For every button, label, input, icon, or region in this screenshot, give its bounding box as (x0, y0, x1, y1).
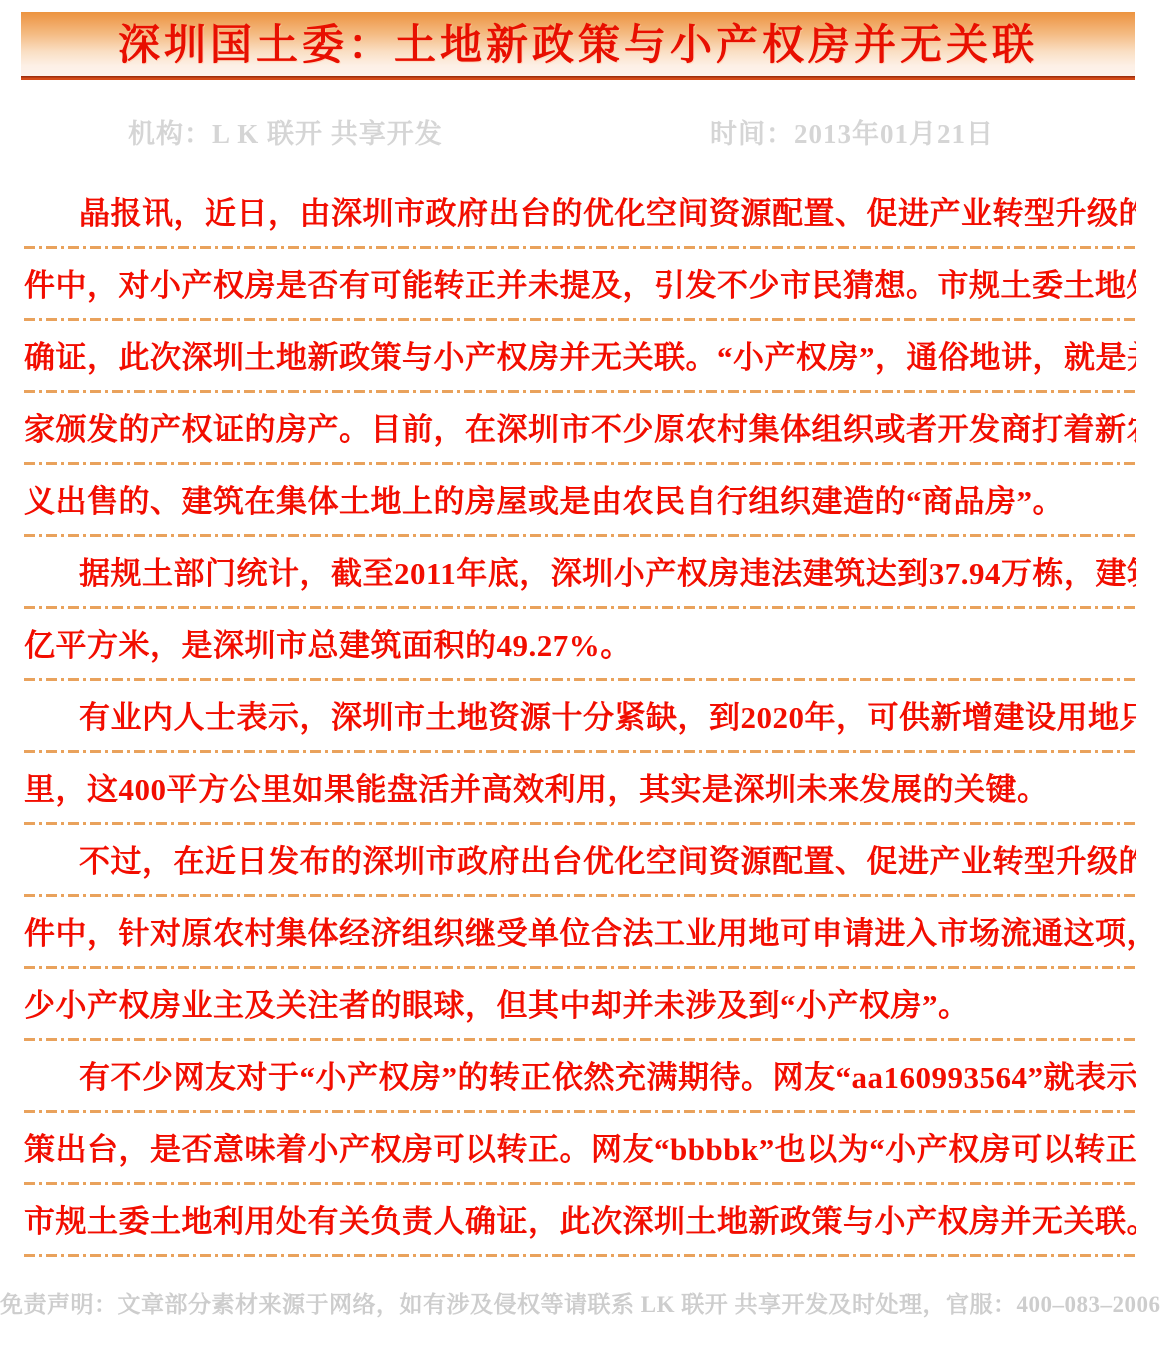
title-banner: 深圳国土委：土地新政策与小产权房并无关联 (21, 12, 1135, 76)
dashed-separator (24, 246, 1136, 249)
body-row: 据规土部门统计，截至2011年底，深圳小产权房违法建筑达到37.94万栋，建筑面… (24, 546, 1136, 618)
body-line: 件中，针对原农村集体经济组织继受单位合法工业用地可申请进入市场流通这项，则吸引了… (24, 906, 1136, 952)
dashed-separator (24, 1254, 1136, 1257)
article-body: 晶报讯，近日，由深圳市政府出台的优化空间资源配置、促进产业转型升级的“1+6”文… (24, 186, 1136, 1266)
body-line: 不过，在近日发布的深圳市政府出台优化空间资源配置、促进产业转型升级的“1+6”文 (24, 834, 1136, 880)
dashed-separator (24, 750, 1136, 753)
body-row: 晶报讯，近日，由深圳市政府出台的优化空间资源配置、促进产业转型升级的“1+6”文 (24, 186, 1136, 258)
dashed-separator (24, 1110, 1136, 1113)
body-row: 件中，针对原农村集体经济组织继受单位合法工业用地可申请进入市场流通这项，则吸引了… (24, 906, 1136, 978)
body-line: 件中，对小产权房是否有可能转正并未提及，引发不少市民猜想。市规土委土地处有关负责… (24, 258, 1136, 304)
body-line: 确证，此次深圳土地新政策与小产权房并无关联。“小产权房”，通俗地讲，就是并不拥有… (24, 330, 1136, 376)
body-row: 策出台，是否意味着小产权房可以转正。网友“bbbbk”也以为“小产权房可以转正了… (24, 1122, 1136, 1194)
page-title: 深圳国土委：土地新政策与小产权房并无关联 (21, 12, 1135, 76)
dashed-separator (24, 966, 1136, 969)
dashed-separator (24, 606, 1136, 609)
dashed-separator (24, 678, 1136, 681)
body-row: 件中，对小产权房是否有可能转正并未提及，引发不少市民猜想。市规土委土地处有关负责… (24, 258, 1136, 330)
dashed-separator (24, 1038, 1136, 1041)
body-line: 家颁发的产权证的房产。目前，在深圳市不少原农村集体组织或者开发商打着新农村建设等… (24, 402, 1136, 448)
dashed-separator (24, 318, 1136, 321)
body-line: 策出台，是否意味着小产权房可以转正。网友“bbbbk”也以为“小产权房可以转正了… (24, 1122, 1136, 1168)
dashed-separator (24, 1182, 1136, 1185)
body-row: 市规土委土地利用处有关负责人确证，此次深圳土地新政策与小产权房并无关联。 (24, 1194, 1136, 1266)
dashed-separator (24, 822, 1136, 825)
body-line: 少小产权房业主及关注者的眼球，但其中却并未涉及到“小产权房”。 (24, 978, 1136, 1024)
body-row: 有业内人士表示，深圳市土地资源十分紧缺，到2020年，可供新增建设用地只有59平… (24, 690, 1136, 762)
body-line: 亿平方米，是深圳市总建筑面积的49.27%。 (24, 618, 1136, 664)
body-row: 亿平方米，是深圳市总建筑面积的49.27%。 (24, 618, 1136, 690)
body-line: 晶报讯，近日，由深圳市政府出台的优化空间资源配置、促进产业转型升级的“1+6”文 (24, 186, 1136, 232)
body-row: 不过，在近日发布的深圳市政府出台优化空间资源配置、促进产业转型升级的“1+6”文 (24, 834, 1136, 906)
date-label: 时间：2013年01月21日 (710, 112, 994, 151)
dashed-separator (24, 390, 1136, 393)
dashed-separator (24, 534, 1136, 537)
body-row: 里，这400平方公里如果能盘活并高效利用，其实是深圳未来发展的关键。 (24, 762, 1136, 834)
body-line: 据规土部门统计，截至2011年底，深圳小产权房违法建筑达到37.94万栋，建筑面… (24, 546, 1136, 592)
agency-label: 机构：L K 联开 共享开发 (128, 112, 443, 151)
body-row: 少小产权房业主及关注者的眼球，但其中却并未涉及到“小产权房”。 (24, 978, 1136, 1050)
body-line: 有不少网友对于“小产权房”的转正依然充满期待。网友“aa160993564”就表… (24, 1050, 1136, 1096)
disclaimer-text: 免责声明：文章部分素材来源于网络，如有涉及侵权等请联系 LK 联开 共享开发及时… (0, 1286, 1160, 1319)
body-line: 市规土委土地利用处有关负责人确证，此次深圳土地新政策与小产权房并无关联。 (24, 1194, 1136, 1240)
body-row: 义出售的、建筑在集体土地上的房屋或是由农民自行组织建造的“商品房”。 (24, 474, 1136, 546)
title-underline (21, 76, 1135, 80)
body-row: 确证，此次深圳土地新政策与小产权房并无关联。“小产权房”，通俗地讲，就是并不拥有… (24, 330, 1136, 402)
dashed-separator (24, 894, 1136, 897)
body-row: 家颁发的产权证的房产。目前，在深圳市不少原农村集体组织或者开发商打着新农村建设等… (24, 402, 1136, 474)
body-line: 里，这400平方公里如果能盘活并高效利用，其实是深圳未来发展的关键。 (24, 762, 1136, 808)
article-page: 深圳国土委：土地新政策与小产权房并无关联 机构：L K 联开 共享开发 时间：2… (0, 0, 1160, 1352)
body-line: 义出售的、建筑在集体土地上的房屋或是由农民自行组织建造的“商品房”。 (24, 474, 1136, 520)
body-line: 有业内人士表示，深圳市土地资源十分紧缺，到2020年，可供新增建设用地只有59平… (24, 690, 1136, 736)
body-row: 有不少网友对于“小产权房”的转正依然充满期待。网友“aa160993564”就表… (24, 1050, 1136, 1122)
dashed-separator (24, 462, 1136, 465)
